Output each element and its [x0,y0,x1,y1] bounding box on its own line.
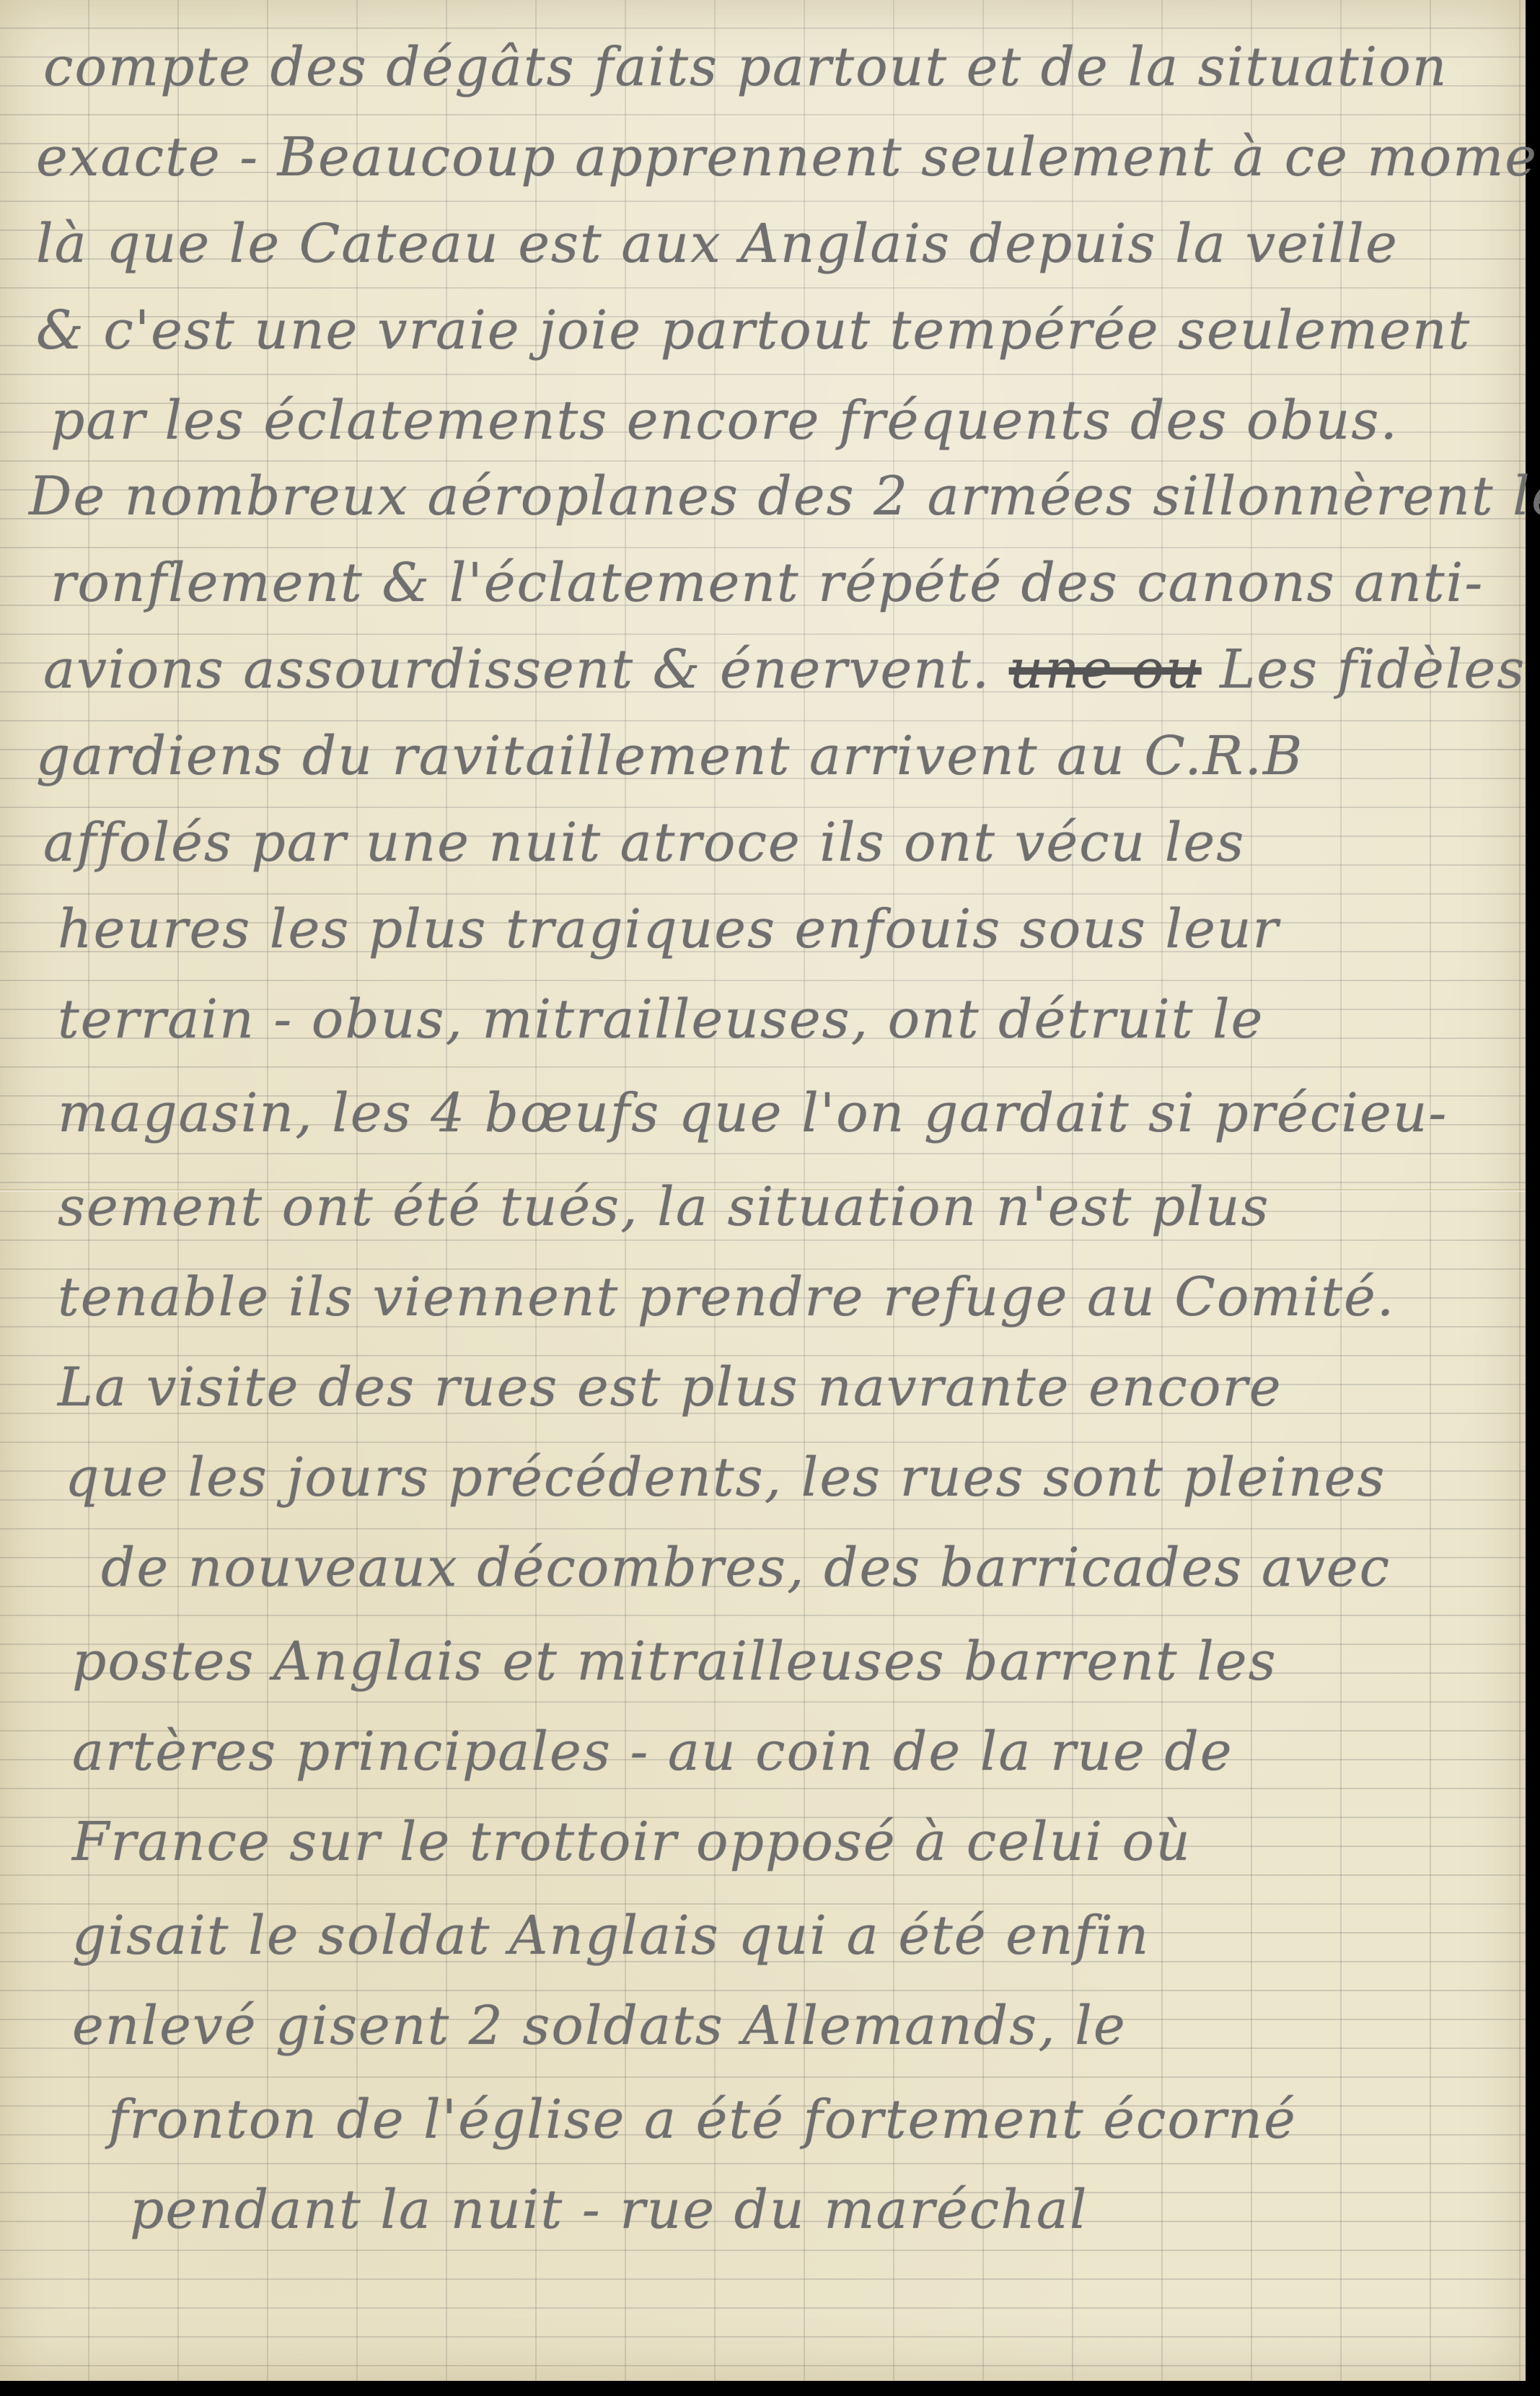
handwritten-line: enlevé gisent 2 soldats Allemands, le [72,1995,1127,2057]
handwritten-line: tenable ils viennent prendre refuge au C… [58,1266,1395,1328]
handwritten-line: par les éclatements encore fréquents des… [50,390,1399,452]
line-text: De nombreux aéroplanes des 2 armées sill… [29,465,1540,527]
line-text: terrain - obus, mitrailleuses, ont détru… [58,988,1264,1050]
handwritten-line: De nombreux aéroplanes des 2 armées sill… [29,465,1540,527]
handwritten-line: de nouveaux décombres, des barricades av… [101,1537,1391,1599]
line-text: par les éclatements encore fréquents des… [50,390,1399,452]
line-text: de nouveaux décombres, des barricades av… [101,1537,1391,1599]
line-text: France sur le trottoir opposé à celui où [72,1811,1192,1873]
handwritten-line: gardiens du ravitaillement arrivent au C… [36,725,1303,787]
handwritten-line: gisait le soldat Anglais qui a été enfin [72,1905,1150,1967]
line-text: exacte - Beaucoup apprennent seulement à… [36,126,1540,188]
line-text: postes Anglais et mitrailleuses barrent … [72,1631,1277,1693]
line-text-continued: Les fidèles [1220,639,1526,701]
handwritten-line: affolés par une nuit atroce ils ont vécu… [43,812,1245,874]
handwritten-line: terrain - obus, mitrailleuses, ont détru… [58,988,1264,1050]
line-text: gardiens du ravitaillement arrivent au C… [36,725,1303,787]
line-text: fronton de l'église a été fortement écor… [108,2089,1297,2151]
handwritten-line: compte des dégâts faits partout et de la… [43,36,1448,98]
handwritten-line: postes Anglais et mitrailleuses barrent … [72,1631,1277,1693]
line-text: que les jours précédents, les rues sont … [65,1447,1386,1509]
handwritten-line: sement ont été tués, la situation n'est … [58,1176,1270,1238]
handwritten-line: avions assourdissent & énervent. une ou … [43,639,1526,701]
line-text: pendant la nuit - rue du maréchal [130,2179,1088,2241]
handwritten-line: heures les plus tragiques enfouis sous l… [58,898,1280,960]
handwritten-line: ronflement & l'éclatement répété des can… [50,552,1484,614]
line-text: là que le Cateau est aux Anglais depuis … [36,213,1399,275]
line-text: avions assourdissent & énervent. [43,639,990,701]
handwritten-line: La visite des rues est plus navrante enc… [58,1356,1282,1418]
line-text: ronflement & l'éclatement répété des can… [50,552,1484,614]
handwritten-line: France sur le trottoir opposé à celui où [72,1811,1192,1873]
handwritten-line: & c'est une vraie joie partout tempérée … [36,299,1471,361]
line-text: gisait le soldat Anglais qui a été enfin [72,1905,1150,1967]
line-text: artères principales - au coin de la rue … [72,1721,1233,1783]
handwritten-line: que les jours précédents, les rues sont … [65,1447,1386,1509]
line-text: sement ont été tués, la situation n'est … [58,1176,1270,1238]
letter-page: compte des dégâts faits partout et de la… [0,0,1526,2381]
line-text: magasin, les 4 bœufs que l'on gardait si… [58,1082,1448,1144]
line-text: affolés par une nuit atroce ils ont vécu… [43,812,1245,874]
line-text: heures les plus tragiques enfouis sous l… [58,898,1280,960]
line-text: enlevé gisent 2 soldats Allemands, le [72,1995,1127,2057]
line-text: compte des dégâts faits partout et de la… [43,36,1448,98]
handwritten-line: fronton de l'église a été fortement écor… [108,2089,1297,2151]
line-text: & c'est une vraie joie partout tempérée … [36,299,1471,361]
line-text: tenable ils viennent prendre refuge au C… [58,1266,1395,1328]
handwritten-line: magasin, les 4 bœufs que l'on gardait si… [58,1082,1448,1144]
handwritten-line: là que le Cateau est aux Anglais depuis … [36,213,1399,275]
line-text: La visite des rues est plus navrante enc… [58,1356,1282,1418]
handwritten-line: exacte - Beaucoup apprennent seulement à… [36,126,1540,188]
struck-through-text: une ou [1009,639,1202,701]
handwritten-line: artères principales - au coin de la rue … [72,1721,1233,1783]
handwritten-line: pendant la nuit - rue du maréchal [130,2179,1088,2241]
